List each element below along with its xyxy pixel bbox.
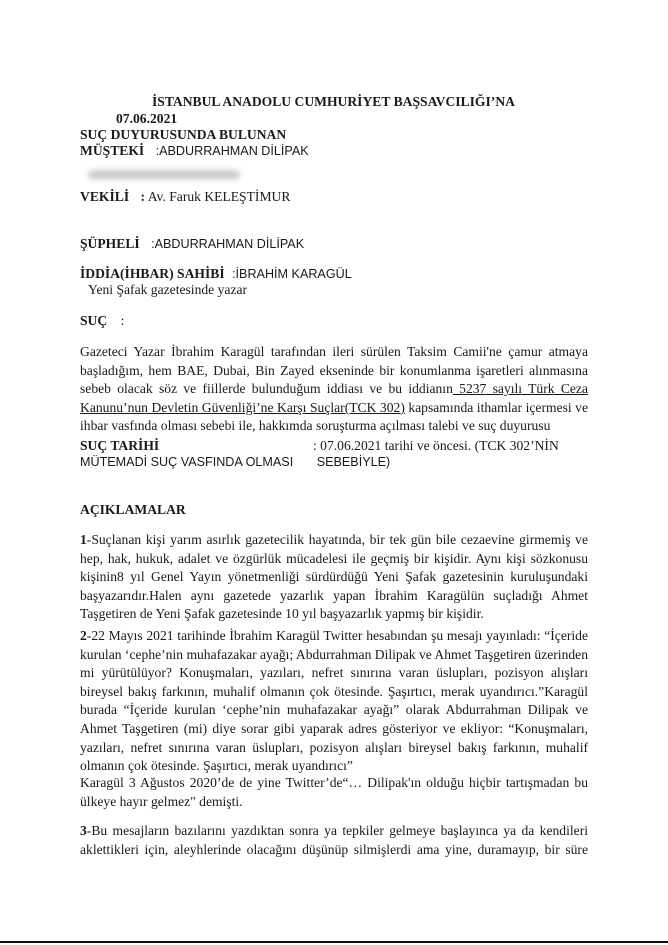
item1-line-2: hep, hak, hukuk, adalet ve özgürlük müca… bbox=[80, 550, 588, 569]
crime-line-3: sebeb olacak söz ve fiillerde bulunduğum… bbox=[80, 380, 588, 399]
crime-date-continuation: MÜTEMADİ SUÇ VASFINDA OLMASI SEBEBİYLE) bbox=[80, 454, 390, 470]
item1-line-1-text: -Suçlanan kişi yarım asırlık gazetecilik… bbox=[87, 532, 588, 547]
law-reference-start: 5237 sayılı Türk Ceza bbox=[453, 381, 588, 396]
claimant-note: Yeni Şafak gazetesinde yazar bbox=[88, 282, 247, 298]
explanation-item-2: 2-22 Mayıs 2021 tarihinde İbrahim Karagü… bbox=[80, 627, 588, 776]
recipient-heading: İSTANBUL ANADOLU CUMHURİYET BAŞSAVCILIĞI… bbox=[152, 94, 515, 110]
item1-line-3: kişinin8 yıl Genel Yayın yönetmenliği sü… bbox=[80, 568, 588, 587]
crime-separator: : bbox=[121, 313, 125, 328]
item2-line-5: burada “İçeride kurulan ‘cephe’nin muhaf… bbox=[80, 701, 588, 720]
complainant-label: MÜŞTEKİ bbox=[80, 143, 144, 158]
item1-line-5: Taşgetiren de Yeni Şafak gazetesinde 10 … bbox=[80, 605, 588, 624]
item2-line-8: olmanın çok ötesinde. Şaşırtıcı, merak u… bbox=[80, 757, 588, 776]
crime-line-2: başladığım, hem BAE, Dubai, Bin Zayed ek… bbox=[80, 362, 588, 381]
note-line-1: Karagül 3 Ağustos 2020’de de yine Twitte… bbox=[80, 774, 588, 793]
item2-line-1: 2-22 Mayıs 2021 tarihinde İbrahim Karagü… bbox=[80, 627, 588, 646]
suspect-value: :ABDURRAHMAN DİLİPAK bbox=[151, 237, 304, 251]
explanation-twitter-note: Karagül 3 Ağustos 2020’de de yine Twitte… bbox=[80, 774, 588, 811]
note-line-2: ülkeye hayır gelmez" demişti. bbox=[80, 793, 588, 812]
continuation-b: SEBEBİYLE) bbox=[317, 455, 391, 469]
item3-line-2: aklettikleri için, aleyhlerinde olacağın… bbox=[80, 841, 588, 860]
item2-line-4: bireysel bakış farkının, muhalif olmanın… bbox=[80, 683, 588, 702]
item2-line-1-text: -22 Mayıs 2021 tarihinde İbrahim Karagül… bbox=[87, 628, 588, 643]
attorney-separator: : bbox=[141, 189, 146, 204]
item3-line-1: 3-Bu mesajların bazılarını yazdıktan son… bbox=[80, 822, 588, 841]
crime-paragraph: Gazeteci Yazar İbrahim Karagül tarafında… bbox=[80, 343, 588, 436]
page-bottom-border bbox=[0, 941, 668, 943]
explanation-item-1: 1-Suçlanan kişi yarım asırlık gazetecili… bbox=[80, 531, 588, 624]
document-date: 07.06.2021 bbox=[116, 111, 177, 127]
item3-line-1-text: -Bu mesajların bazılarını yazdıktan sonr… bbox=[87, 823, 588, 838]
document-page: İSTANBUL ANADOLU CUMHURİYET BAŞSAVCILIĞI… bbox=[0, 0, 668, 945]
attorney-value: Av. Faruk KELEŞTİMUR bbox=[148, 189, 291, 204]
item1-line-1: 1-Suçlanan kişi yarım asırlık gazetecili… bbox=[80, 531, 588, 550]
claimant-value: :İBRAHİM KARAGÜL bbox=[232, 267, 352, 281]
crime-line-4: Kanunu’nun Devletin Güvenliği’ne Karşı S… bbox=[80, 399, 588, 418]
crime-date-value: : 07.06.2021 tarihi ve öncesi. (TCK 302’… bbox=[313, 438, 559, 454]
claimant-label: İDDİA(İHBAR) SAHİBİ bbox=[80, 266, 225, 281]
crime-line-3-text: sebeb olacak söz ve fiillerde bulunduğum… bbox=[80, 381, 453, 396]
crime-row: SUÇ : bbox=[80, 313, 124, 329]
claimant-row: İDDİA(İHBAR) SAHİBİ :İBRAHİM KARAGÜL bbox=[80, 266, 352, 282]
item2-number: 2 bbox=[80, 628, 87, 643]
item2-line-3: mi yürütülüyor? Konuşmaları, yazıları, n… bbox=[80, 664, 588, 683]
redacted-address bbox=[88, 170, 240, 179]
suspect-label: ŞÜPHELİ bbox=[80, 236, 140, 251]
crime-label: SUÇ bbox=[80, 313, 107, 328]
law-reference-end: Kanunu’nun Devletin Güvenliği’ne Karşı S… bbox=[80, 400, 405, 415]
crime-line-1: Gazeteci Yazar İbrahim Karagül tarafında… bbox=[80, 343, 588, 362]
item2-line-6: Ahmet Taşgetiren (mi) diye sorar gibi ya… bbox=[80, 720, 588, 739]
crime-date-label: SUÇ TARİHİ bbox=[80, 438, 159, 454]
suspect-row: ŞÜPHELİ :ABDURRAHMAN DİLİPAK bbox=[80, 236, 304, 252]
explanations-heading: AÇIKLAMALAR bbox=[80, 502, 186, 518]
crime-line-4-rest: kapsamında ithamlar içermesi ve bbox=[405, 400, 588, 415]
item3-number: 3 bbox=[80, 823, 87, 838]
attorney-row: VEKİLİ : Av. Faruk KELEŞTİMUR bbox=[80, 189, 290, 205]
item2-line-7: yazıları, nefret sınırına varan üsluplar… bbox=[80, 739, 588, 758]
item1-number: 1 bbox=[80, 532, 87, 547]
item1-line-4: başyazarıdır.Halen aynı gazetede yazarlı… bbox=[80, 587, 588, 606]
attorney-label: VEKİLİ bbox=[80, 189, 129, 204]
continuation-a: MÜTEMADİ SUÇ VASFINDA OLMASI bbox=[80, 455, 293, 469]
complainant-row: MÜŞTEKİ :ABDURRAHMAN DİLİPAK bbox=[80, 143, 309, 159]
explanation-item-3: 3-Bu mesajların bazılarını yazdıktan son… bbox=[80, 822, 588, 859]
complainant-heading: SUÇ DUYURUSUNDA BULUNAN bbox=[80, 127, 286, 143]
crime-line-5: ihbar vasfında olması sebebi ile, hakkım… bbox=[80, 417, 588, 436]
item2-line-2: kurulan ‘cephe’nin muhafazakar ayağı; Ab… bbox=[80, 646, 588, 665]
complainant-value: :ABDURRAHMAN DİLİPAK bbox=[156, 144, 309, 158]
